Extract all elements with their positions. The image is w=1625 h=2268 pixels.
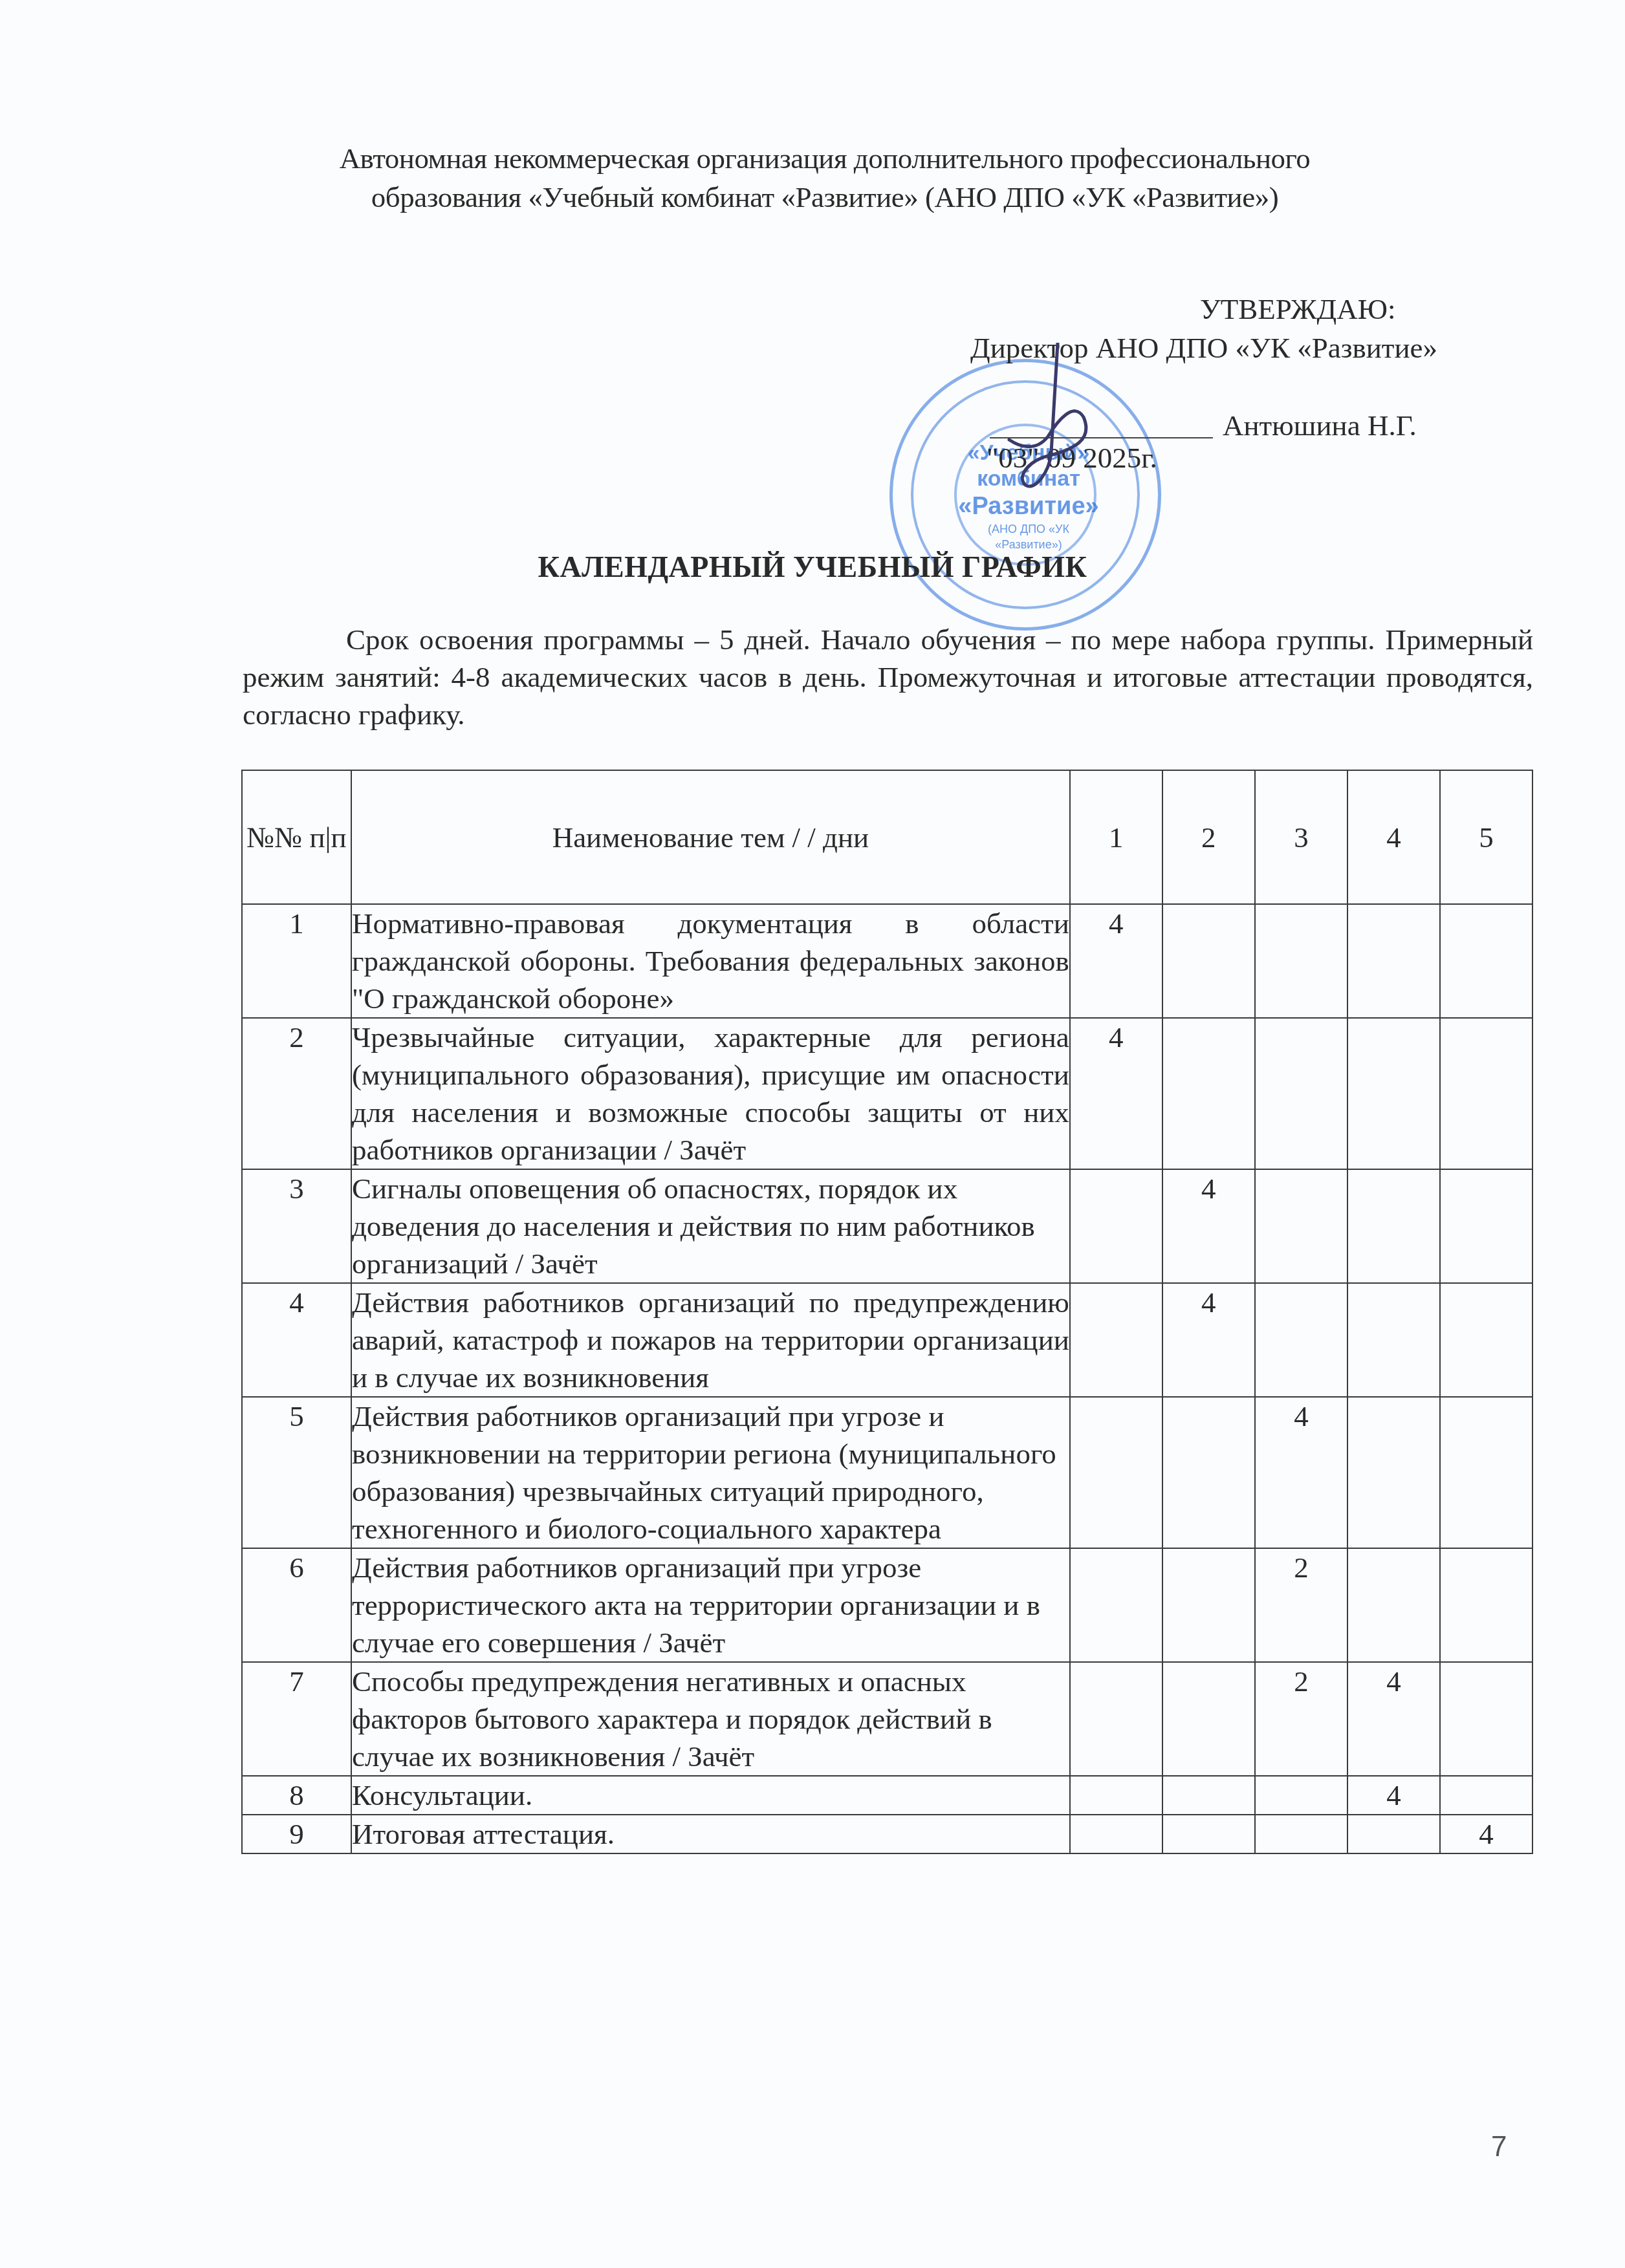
row-day-3-hours: 4 [1255, 1397, 1347, 1548]
intro-paragraph: Срок освоения программы – 5 дней. Начало… [243, 621, 1533, 733]
row-number: 9 [242, 1815, 351, 1853]
table-row: 1Нормативно-правовая документация в обла… [242, 904, 1532, 1018]
row-day-5-hours [1440, 904, 1532, 1018]
row-day-1-hours [1070, 1662, 1162, 1776]
table-row: 3Сигналы оповещения об опасностях, поряд… [242, 1169, 1532, 1283]
row-topic: Чрезвычайные ситуации, характерные для р… [351, 1018, 1070, 1169]
row-number: 2 [242, 1018, 351, 1169]
row-day-5-hours [1440, 1397, 1532, 1548]
row-topic: Действия работников организаций при угро… [351, 1397, 1070, 1548]
row-day-3-hours [1255, 1815, 1347, 1853]
row-day-2-hours [1162, 1776, 1255, 1815]
schedule-table: №№ п|п Наименование тем / / дни 1 2 3 4 … [241, 770, 1533, 1854]
row-topic: Способы предупреждения негативных и опас… [351, 1662, 1070, 1776]
row-day-2-hours [1162, 1397, 1255, 1548]
row-topic: Действия работников организаций по преду… [351, 1283, 1070, 1397]
header-topic: Наименование тем / / дни [351, 770, 1070, 904]
row-day-2-hours [1162, 1018, 1255, 1169]
row-day-4-hours: 4 [1347, 1662, 1440, 1776]
row-number: 4 [242, 1283, 351, 1397]
row-day-2-hours: 4 [1162, 1169, 1255, 1283]
row-day-1-hours: 4 [1070, 904, 1162, 1018]
stamp-line-4: (АНО ДПО «УК «Развитие») [957, 521, 1100, 552]
header-number: №№ п|п [242, 770, 351, 904]
org-line-2: образования «Учебный комбинат «Развитие»… [259, 178, 1391, 217]
row-day-2-hours [1162, 1662, 1255, 1776]
row-day-3-hours [1255, 1283, 1347, 1397]
table-row: 4Действия работников организаций по пред… [242, 1283, 1532, 1397]
schedule-body: 1Нормативно-правовая документация в обла… [242, 904, 1532, 1853]
row-number: 7 [242, 1662, 351, 1776]
row-number: 1 [242, 904, 351, 1018]
row-topic: Действия работников организаций при угро… [351, 1548, 1070, 1662]
org-line-1: Автономная некоммерческая организация до… [259, 139, 1391, 178]
header-day-4: 4 [1347, 770, 1440, 904]
row-day-5-hours [1440, 1776, 1532, 1815]
signature-icon [996, 343, 1119, 504]
row-day-3-hours [1255, 1169, 1347, 1283]
table-row: 5Действия работников организаций при угр… [242, 1397, 1532, 1548]
row-topic: Итоговая аттестация. [351, 1815, 1070, 1853]
table-header-row: №№ п|п Наименование тем / / дни 1 2 3 4 … [242, 770, 1532, 904]
row-day-2-hours: 4 [1162, 1283, 1255, 1397]
header-day-2: 2 [1162, 770, 1255, 904]
row-day-4-hours [1347, 1815, 1440, 1853]
row-day-2-hours [1162, 1815, 1255, 1853]
row-day-4-hours [1347, 1018, 1440, 1169]
row-day-3-hours [1255, 1776, 1347, 1815]
row-day-1-hours [1070, 1548, 1162, 1662]
row-day-5-hours [1440, 1662, 1532, 1776]
row-day-2-hours [1162, 904, 1255, 1018]
row-day-1-hours: 4 [1070, 1018, 1162, 1169]
row-day-4-hours: 4 [1347, 1776, 1440, 1815]
row-day-1-hours [1070, 1397, 1162, 1548]
approval-title: УТВЕРЖДАЮ: [1200, 291, 1396, 327]
table-row: 8Консультации.4 [242, 1776, 1532, 1815]
header-day-1: 1 [1070, 770, 1162, 904]
row-day-1-hours [1070, 1776, 1162, 1815]
row-day-1-hours [1070, 1283, 1162, 1397]
row-day-4-hours [1347, 1397, 1440, 1548]
row-number: 8 [242, 1776, 351, 1815]
row-day-4-hours [1347, 1548, 1440, 1662]
organization-header: Автономная некоммерческая организация до… [259, 139, 1391, 217]
row-day-4-hours [1347, 1283, 1440, 1397]
row-number: 6 [242, 1548, 351, 1662]
approval-name: Антюшина Н.Г. [1223, 407, 1417, 444]
table-row: 9Итоговая аттестация.4 [242, 1815, 1532, 1853]
row-day-2-hours [1162, 1548, 1255, 1662]
row-day-5-hours [1440, 1548, 1532, 1662]
row-number: 3 [242, 1169, 351, 1283]
row-number: 5 [242, 1397, 351, 1548]
row-day-4-hours [1347, 1169, 1440, 1283]
header-day-3: 3 [1255, 770, 1347, 904]
table-row: 7Способы предупреждения негативных и опа… [242, 1662, 1532, 1776]
row-day-5-hours [1440, 1169, 1532, 1283]
row-topic: Нормативно-правовая документация в облас… [351, 904, 1070, 1018]
row-day-1-hours [1070, 1169, 1162, 1283]
header-day-5: 5 [1440, 770, 1532, 904]
row-topic: Консультации. [351, 1776, 1070, 1815]
row-day-3-hours: 2 [1255, 1548, 1347, 1662]
table-row: 2Чрезвычайные ситуации, характерные для … [242, 1018, 1532, 1169]
row-day-3-hours [1255, 1018, 1347, 1169]
row-day-5-hours: 4 [1440, 1815, 1532, 1853]
row-day-5-hours [1440, 1018, 1532, 1169]
document-title: КАЛЕНДАРНЫЙ УЧЕБНЫЙ ГРАФИК [0, 550, 1625, 584]
row-topic: Сигналы оповещения об опасностях, порядо… [351, 1169, 1070, 1283]
table-row: 6Действия работников организаций при угр… [242, 1548, 1532, 1662]
row-day-3-hours: 2 [1255, 1662, 1347, 1776]
row-day-1-hours [1070, 1815, 1162, 1853]
row-day-3-hours [1255, 904, 1347, 1018]
row-day-4-hours [1347, 904, 1440, 1018]
row-day-5-hours [1440, 1283, 1532, 1397]
page-number: 7 [1491, 2131, 1507, 2163]
